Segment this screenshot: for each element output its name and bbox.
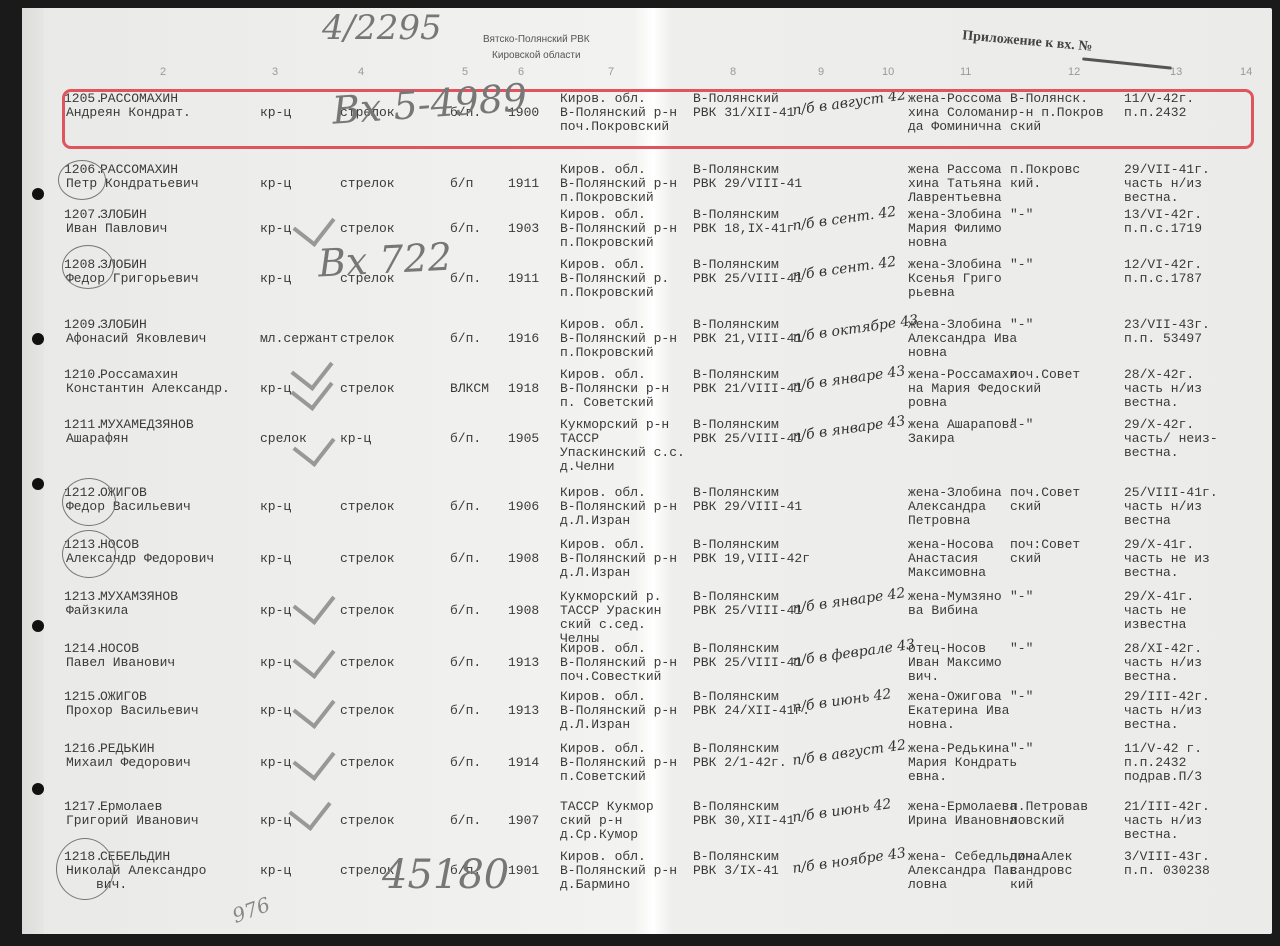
record-loss-info-line: часть н/из <box>1124 382 1202 396</box>
record-given-name: Ашарафян <box>66 432 128 446</box>
record-party: б/п <box>450 177 473 191</box>
record-loss-info-line: 25/VIII-41г. <box>1124 486 1218 500</box>
record-kin-address-line: "-" <box>1010 742 1033 756</box>
record-kin-address-line: поч.Совет <box>1010 486 1080 500</box>
record-draft-office-line: В-Полянским <box>693 742 779 756</box>
record-loss-info-line: 29/III-42г. <box>1124 690 1210 704</box>
record-birthplace-line: В-Полянский р. <box>560 272 669 286</box>
record-birthplace-line: ский с.сед. <box>560 618 646 632</box>
record-position: стрелок <box>340 177 395 191</box>
record-birthplace-line: д.Л.Изран <box>560 718 630 732</box>
record-next-of-kin-line: жена-Злобина <box>908 208 1002 222</box>
record-birthplace-line: Киров. обл. <box>560 368 646 382</box>
record-next-of-kin-line: жена-Злобина <box>908 258 1002 272</box>
record-loss-info-line: вестна <box>1124 514 1171 528</box>
record-party: б/п. <box>450 332 481 346</box>
record-next-of-kin-line: Александра <box>908 500 986 514</box>
record-next-of-kin-line: Иван Максимо <box>908 656 1002 670</box>
record-party: б/п. <box>450 604 481 618</box>
record-birthplace-line: ТАССР <box>560 432 599 446</box>
record-next-of-kin-line: ва Вибина <box>908 604 978 618</box>
record-given-name: Афонасий Яковлевич <box>66 332 206 346</box>
record-next-of-kin-line: Александра Пав <box>908 864 1017 878</box>
record-birthplace-line: д.Челни <box>560 460 615 474</box>
record-draft-office-line: В-Полянским <box>693 258 779 272</box>
col-num: 11 <box>960 66 971 78</box>
record-next-of-kin-line: хина Татьяна <box>908 177 1002 191</box>
record-next-of-kin-line: Мария Филимо <box>908 222 1002 236</box>
record-draft-office-line: РВК 18,IX-41г <box>693 222 794 236</box>
record-kin-address-line: поч.Алек <box>1010 850 1072 864</box>
record-position: стрелок <box>340 604 395 618</box>
record-kin-address-line: "-" <box>1010 318 1033 332</box>
record-given-name: Павел Иванович <box>66 656 175 670</box>
col-num: 5 <box>462 66 468 78</box>
record-draft-office-line: В-Полянским <box>693 690 779 704</box>
record-surname: МУХАМЗЯНОВ <box>100 590 178 604</box>
col-num: 13 <box>1170 66 1182 78</box>
record-rank: кр-ц <box>260 500 291 514</box>
col-num: 10 <box>882 66 894 78</box>
record-loss-info-line: 23/VII-43г. <box>1124 318 1210 332</box>
record-kin-address-line: ский <box>1010 382 1041 396</box>
record-birth-year: 1901 <box>508 864 539 878</box>
record-given-name: Иван Павлович <box>66 222 167 236</box>
record-surname: РАССОМАХИН <box>100 163 178 177</box>
record-draft-office-line: РВК 29/VIII-41 <box>693 500 802 514</box>
record-birthplace-line: поч.Совесткий <box>560 670 661 684</box>
record-kin-address-line: ский <box>1010 500 1041 514</box>
record-next-of-kin-line: Максимовна <box>908 566 986 580</box>
record-loss-info-line: вестна. <box>1124 396 1179 410</box>
record-rank: кр-ц <box>260 177 291 191</box>
record-birth-year: 1916 <box>508 332 539 346</box>
record-rank: кр-ц <box>260 552 291 566</box>
record-party: б/п. <box>450 432 481 446</box>
record-loss-info-line: часть не <box>1124 604 1186 618</box>
record-loss-info-line: часть н/из <box>1124 704 1202 718</box>
record-draft-office-line: В-Полянским <box>693 642 779 656</box>
record-birthplace-line: В-Полянский р-н <box>560 864 677 878</box>
record-kin-address-line: "-" <box>1010 208 1033 222</box>
record-kin-address-line: п.Петровав <box>1010 800 1088 814</box>
record-loss-info-line: часть н/из <box>1124 656 1202 670</box>
record-kin-address-line: поч:Совет <box>1010 538 1080 552</box>
record-number: 1210. <box>64 368 103 382</box>
record-birthplace-line: Кукморский р-н <box>560 418 669 432</box>
record-next-of-kin-line: жена-Злобина <box>908 318 1002 332</box>
record-next-of-kin-line: ровна <box>908 396 947 410</box>
record-rank: кр-ц <box>260 382 291 396</box>
record-birthplace-line: В-Полянски р-н <box>560 382 669 396</box>
record-number: 1216. <box>64 742 103 756</box>
record-birthplace-line: Киров. обл. <box>560 538 646 552</box>
record-position: стрелок <box>340 500 395 514</box>
record-draft-office-line: РВК 2/1-42г. <box>693 756 787 770</box>
record-surname: РЕДЬКИН <box>100 742 155 756</box>
record-draft-office-line: В-Полянским <box>693 486 779 500</box>
record-birthplace-line: ТАССР Ураскин <box>560 604 661 618</box>
record-loss-info-line: 13/VI-42г. <box>1124 208 1202 222</box>
record-surname: ЗЛОБИН <box>100 208 147 222</box>
record-rank: кр-ц <box>260 604 291 618</box>
record-rank: мл.сержант <box>260 332 338 346</box>
record-party: б/п. <box>450 704 481 718</box>
record-rank: кр-ц <box>260 704 291 718</box>
record-birthplace-line: Киров. обл. <box>560 742 646 756</box>
record-draft-office-line: В-Полянским <box>693 208 779 222</box>
record-next-of-kin-line: новна <box>908 236 947 250</box>
record-kin-address-line: сандровс <box>1010 864 1072 878</box>
handwritten-archive-number: 45180 <box>382 852 509 898</box>
record-loss-info-line: подрав.П/3 <box>1124 770 1202 784</box>
record-kin-address-line: кий. <box>1010 177 1041 191</box>
record-position: стрелок <box>340 552 395 566</box>
pencil-circle-mark <box>62 478 116 526</box>
record-rank: кр-ц <box>260 864 291 878</box>
record-kin-address-line: "-" <box>1010 418 1033 432</box>
record-birthplace-line: д.Бармино <box>560 878 630 892</box>
col-num: 2 <box>160 66 166 78</box>
column-numbers: 2 3 4 5 6 7 8 9 10 11 12 13 14 <box>0 66 1280 80</box>
record-position: стрелок <box>340 704 395 718</box>
record-birth-year: 1918 <box>508 382 539 396</box>
record-given-name: Файзкила <box>66 604 128 618</box>
record-loss-info-line: 29/VII-41г. <box>1124 163 1210 177</box>
record-loss-info-line: вестна. <box>1124 718 1179 732</box>
record-draft-office-line: РВК 3/IX-41 <box>693 864 779 878</box>
record-surname: Ермолаев <box>100 800 162 814</box>
record-birthplace-line: Киров. обл. <box>560 642 646 656</box>
pencil-circle-mark <box>58 160 106 200</box>
record-birth-year: 1905 <box>508 432 539 446</box>
record-birthplace-line: В-Полянский р-н <box>560 332 677 346</box>
col-num: 4 <box>358 66 364 78</box>
col-num: 8 <box>730 66 736 78</box>
record-loss-info-line: вестна. <box>1124 446 1179 460</box>
record-next-of-kin-line: новна. <box>908 718 955 732</box>
record-loss-info-line: часть/ неиз- <box>1124 432 1218 446</box>
record-position: стрелок <box>340 222 395 236</box>
record-loss-info-line: п.п.с.1719 <box>1124 222 1202 236</box>
record-loss-info-line: п.п. 53497 <box>1124 332 1202 346</box>
record-rank: кр-ц <box>260 272 291 286</box>
record-draft-office-line: В-Полянским <box>693 163 779 177</box>
record-kin-address-line: "-" <box>1010 642 1033 656</box>
record-given-name: Михаил Федорович <box>66 756 191 770</box>
record-birth-year: 1911 <box>508 272 539 286</box>
record-kin-address-line: поч.Совет <box>1010 368 1080 382</box>
record-loss-info-line: 3/VIII-43г. <box>1124 850 1210 864</box>
record-draft-office-line: В-Полянским <box>693 590 779 604</box>
stamp-line-2: Кировской области <box>483 48 590 64</box>
record-birthplace-line: Кукморский р. <box>560 590 661 604</box>
record-party: б/п. <box>450 552 481 566</box>
record-loss-info-line: 28/XI-42г. <box>1124 642 1202 656</box>
record-kin-address-line: ловский <box>1010 814 1065 828</box>
record-loss-info-line: 29/X-42г. <box>1124 418 1194 432</box>
record-birth-year: 1908 <box>508 604 539 618</box>
record-position: стрелок <box>340 382 395 396</box>
record-given-name: Константин Александр. <box>66 382 230 396</box>
record-loss-info-line: часть н/из <box>1124 814 1202 828</box>
record-birthplace-line: п. Советский <box>560 396 654 410</box>
record-given-name: Григорий Иванович <box>66 814 199 828</box>
record-kin-address-line: "-" <box>1010 590 1033 604</box>
record-draft-office-line: РВК 30,XII-41 <box>693 814 794 828</box>
record-party: б/п. <box>450 500 481 514</box>
record-birthplace-line: ский р-н <box>560 814 622 828</box>
record-position: стрелок <box>340 814 395 828</box>
record-birthplace-line: д.Л.Изран <box>560 566 630 580</box>
record-next-of-kin-line: вич. <box>908 670 939 684</box>
record-loss-info-line: часть н/из <box>1124 500 1202 514</box>
record-draft-office-line: РВК 25/VIII-41 <box>693 272 802 286</box>
record-next-of-kin-line: жена-Мумзяно <box>908 590 1002 604</box>
record-draft-office-line: РВК 25/VIII-41 <box>693 656 802 670</box>
record-draft-office-line: РВК 21/VIII-41 <box>693 382 802 396</box>
record-party: б/п. <box>450 756 481 770</box>
record-party: б/п. <box>450 222 481 236</box>
record-birthplace-line: В-Полянский р-н <box>560 704 677 718</box>
record-loss-info-line: п.п.с.1787 <box>1124 272 1202 286</box>
record-rank: кр-ц <box>260 756 291 770</box>
record-next-of-kin-line: Лаврентьевна <box>908 191 1002 205</box>
record-next-of-kin-line: Закира <box>908 432 955 446</box>
record-number: 1214. <box>64 642 103 656</box>
record-next-of-kin-line: Ирина Ивановна <box>908 814 1017 828</box>
col-num: 12 <box>1068 66 1080 78</box>
col-num: 14 <box>1240 66 1252 78</box>
record-birthplace-line: п.Советский <box>560 770 646 784</box>
record-next-of-kin-line: жена-Россамахи <box>908 368 1017 382</box>
record-draft-office-line: РВК 29/VIII-41 <box>693 177 802 191</box>
record-birth-year: 1907 <box>508 814 539 828</box>
record-next-of-kin-line: на Мария Федо <box>908 382 1009 396</box>
record-kin-address-line: "-" <box>1010 690 1033 704</box>
record-birth-year: 1914 <box>508 756 539 770</box>
record-number: 1207. <box>64 208 103 222</box>
pencil-circle-mark <box>56 838 114 900</box>
record-number: 1209. <box>64 318 103 332</box>
record-birthplace-line: п.Покровский <box>560 346 654 360</box>
record-birthplace-line: Киров. обл. <box>560 258 646 272</box>
record-draft-office-line: РВК 25/VIII-41 <box>693 432 802 446</box>
pencil-circle-mark <box>62 530 116 578</box>
record-number: 1215. <box>64 690 103 704</box>
record-next-of-kin-line: Петровна <box>908 514 970 528</box>
record-birthplace-line: п.Покровский <box>560 236 654 250</box>
record-birthplace-line: ТАССР Кукмор <box>560 800 654 814</box>
record-position: стрелок <box>340 756 395 770</box>
record-birthplace-line: Киров. обл. <box>560 208 646 222</box>
record-draft-office-line: РВК 21,VIII-41 <box>693 332 802 346</box>
record-birthplace-line: д.Ср.Кумор <box>560 828 638 842</box>
military-office-stamp: Вятско-Полянский РВК Кировской области <box>483 32 590 64</box>
record-position: стрелок <box>340 332 395 346</box>
record-birth-year: 1911 <box>508 177 539 191</box>
record-next-of-kin-line: Анастасия <box>908 552 978 566</box>
record-next-of-kin-line: жена Ашарапова <box>908 418 1017 432</box>
record-position: стрелок <box>340 656 395 670</box>
record-number: 1211. <box>64 418 103 432</box>
record-kin-address-line: "-" <box>1010 258 1033 272</box>
record-loss-info-line: известна <box>1124 618 1186 632</box>
record-party: ВЛКСМ <box>450 382 489 396</box>
record-draft-office-line: В-Полянским <box>693 418 779 432</box>
record-birthplace-line: Киров. обл. <box>560 318 646 332</box>
record-loss-info-line: 12/VI-42г. <box>1124 258 1202 272</box>
record-next-of-kin-line: жена-Злобина <box>908 486 1002 500</box>
col-num: 3 <box>272 66 278 78</box>
record-next-of-kin-line: жена-Ермолаева <box>908 800 1017 814</box>
record-loss-info-line: 21/III-42г. <box>1124 800 1210 814</box>
record-birthplace-line: В-Полянский р-н <box>560 656 677 670</box>
record-birth-year: 1906 <box>508 500 539 514</box>
record-next-of-kin-line: Екатерина Ива <box>908 704 1009 718</box>
record-birthplace-line: Упаскинский с.с. <box>560 446 685 460</box>
record-loss-info-line: 11/V-42 г. <box>1124 742 1202 756</box>
record-draft-office-line: В-Полянским <box>693 850 779 864</box>
record-birthplace-line: В-Полянский р-н <box>560 552 677 566</box>
record-draft-office-line: РВК 19,VIII-42г <box>693 552 810 566</box>
pencil-circle-mark <box>62 245 114 289</box>
record-birthplace-line: п.Покровский <box>560 286 654 300</box>
record-next-of-kin-line: новна <box>908 346 947 360</box>
record-next-of-kin-line: Мария Кондрать <box>908 756 1017 770</box>
record-position: кр-ц <box>340 432 371 446</box>
record-birthplace-line: п.Покровский <box>560 191 654 205</box>
record-kin-address-line: кий <box>1010 878 1033 892</box>
record-next-of-kin-line: Александра Ива <box>908 332 1017 346</box>
record-loss-info-line: часть не из <box>1124 552 1210 566</box>
record-birthplace-line: В-Полянский р-н <box>560 177 677 191</box>
record-birth-year: 1913 <box>508 656 539 670</box>
record-birthplace-line: Киров. обл. <box>560 486 646 500</box>
record-draft-office-line: В-Полянским <box>693 318 779 332</box>
record-rank: кр-ц <box>260 222 291 236</box>
record-draft-office-line: В-Полянским <box>693 800 779 814</box>
record-loss-info-line: 29/X-41г. <box>1124 590 1194 604</box>
record-next-of-kin-line: отец-Носов <box>908 642 986 656</box>
handwritten-archive-number: Вх 722 <box>317 235 453 286</box>
col-num: 9 <box>818 66 824 78</box>
record-loss-info-line: вестна. <box>1124 828 1179 842</box>
record-kin-address-line: ский <box>1010 552 1041 566</box>
record-draft-office-line: В-Полянским <box>693 538 779 552</box>
record-birthplace-line: В-Полянский р-н <box>560 500 677 514</box>
record-next-of-kin-line: жена-Носова <box>908 538 994 552</box>
record-rank: кр-ц <box>260 656 291 670</box>
record-loss-info-line: часть н/из <box>1124 177 1202 191</box>
record-loss-info-line: вестна. <box>1124 566 1179 580</box>
record-next-of-kin-line: ловна <box>908 878 947 892</box>
record-loss-info-line: 28/X-42г. <box>1124 368 1194 382</box>
record-loss-info-line: вестна. <box>1124 191 1179 205</box>
record-draft-office-line: В-Полянским <box>693 368 779 382</box>
record-draft-office-line: РВК 25/VIII-41 <box>693 604 802 618</box>
highlighted-record-box <box>62 89 1254 149</box>
record-birthplace-line: В-Полянский р-н <box>560 222 677 236</box>
record-party: б/п. <box>450 656 481 670</box>
record-birth-year: 1903 <box>508 222 539 236</box>
record-next-of-kin-line: жена-Редькина <box>908 742 1009 756</box>
record-loss-info-line: 29/X-41г. <box>1124 538 1194 552</box>
record-next-of-kin-line: жена-Ожигова <box>908 690 1002 704</box>
record-party: б/п. <box>450 814 481 828</box>
record-next-of-kin-line: евна. <box>908 770 947 784</box>
record-surname: МУХАМЕДЗЯНОВ <box>100 418 194 432</box>
record-next-of-kin-line: рьевна <box>908 286 955 300</box>
record-surname: ОЖИГОВ <box>100 690 147 704</box>
record-given-name: Прохор Васильевич <box>66 704 199 718</box>
record-number: 1217. <box>64 800 103 814</box>
record-loss-info-line: вестна. <box>1124 670 1179 684</box>
stamp-line-1: Вятско-Полянский РВК <box>483 32 590 48</box>
record-loss-info-line: п.п.2432 <box>1124 756 1186 770</box>
record-birthplace-line: д.Л.Изран <box>560 514 630 528</box>
record-birth-year: 1913 <box>508 704 539 718</box>
record-surname: Россамахин <box>100 368 178 382</box>
record-surname: ЗЛОБИН <box>100 318 147 332</box>
record-loss-info-line: п.п. 030238 <box>1124 864 1210 878</box>
record-birthplace-line: Киров. обл. <box>560 850 646 864</box>
record-birthplace-line: Киров. обл. <box>560 163 646 177</box>
record-kin-address-line: п.Покровс <box>1010 163 1080 177</box>
record-surname: НОСОВ <box>100 642 139 656</box>
record-birth-year: 1908 <box>508 552 539 566</box>
col-num: 7 <box>608 66 614 78</box>
record-next-of-kin-line: Ксенья Григо <box>908 272 1002 286</box>
record-party: б/п. <box>450 272 481 286</box>
record-next-of-kin-line: жена Рассома <box>908 163 1002 177</box>
record-birthplace-line: В-Полянский р-н <box>560 756 677 770</box>
record-number: 1213. <box>64 590 103 604</box>
record-rank: кр-ц <box>260 814 291 828</box>
handwritten-file-ref: 4/2295 <box>322 8 442 48</box>
record-birthplace-line: Киров. обл. <box>560 690 646 704</box>
